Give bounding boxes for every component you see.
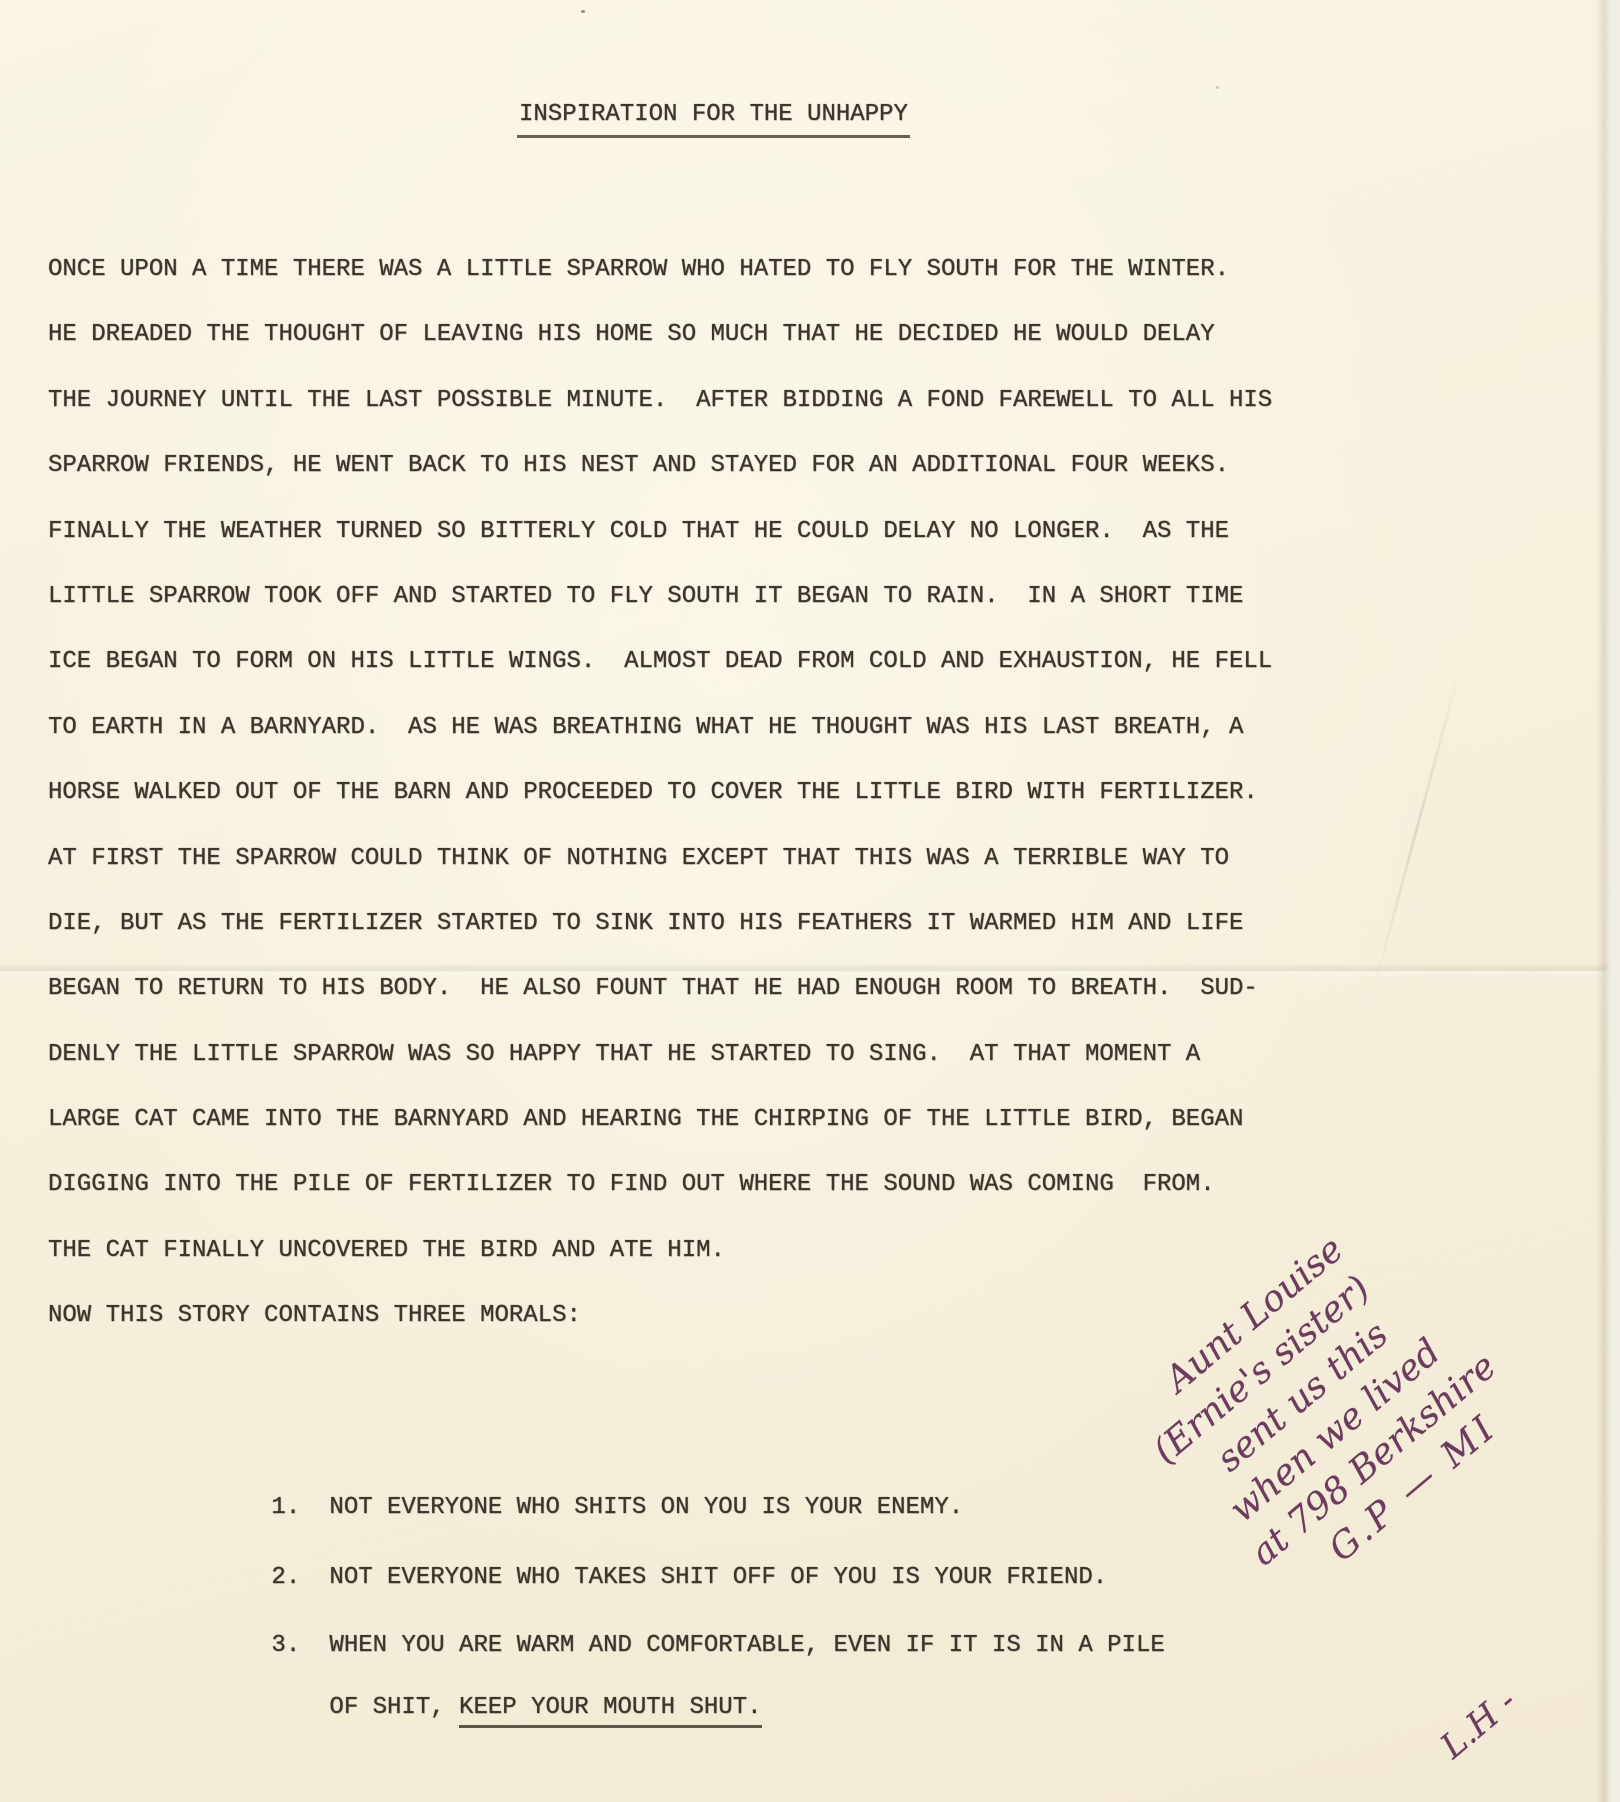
story-line: DIGGING INTO THE PILE OF FERTILIZER TO F… xyxy=(48,1152,1328,1217)
document-title: INSPIRATION FOR THE UNHAPPY xyxy=(517,101,910,138)
story-line: ICE BEGAN TO FORM ON HIS LITTLE WINGS. A… xyxy=(48,629,1328,694)
story-line: TO EARTH IN A BARNYARD. AS HE WAS BREATH… xyxy=(48,695,1328,760)
story-line: THE JOURNEY UNTIL THE LAST POSSIBLE MINU… xyxy=(48,368,1328,433)
story-line: DIE, BUT AS THE FERTILIZER STARTED TO SI… xyxy=(48,891,1328,956)
story-line: LITTLE SPARROW TOOK OFF AND STARTED TO F… xyxy=(48,564,1328,629)
paper-edge xyxy=(1596,0,1620,1802)
story-text: ONCE UPON A TIME THERE WAS A LITTLE SPAR… xyxy=(48,237,1328,1349)
story-line: FINALLY THE WEATHER TURNED SO BITTERLY C… xyxy=(48,499,1328,564)
story-line: DENLY THE LITTLE SPARROW WAS SO HAPPY TH… xyxy=(48,1022,1328,1087)
story-line: BEGAN TO RETURN TO HIS BODY. HE ALSO FOU… xyxy=(48,956,1328,1021)
story-line: LARGE CAT CAME INTO THE BARNYARD AND HEA… xyxy=(48,1087,1328,1152)
story-line: AT FIRST THE SPARROW COULD THINK OF NOTH… xyxy=(48,826,1328,891)
paper-crease-diagonal xyxy=(1371,665,1462,994)
story-line: ONCE UPON A TIME THERE WAS A LITTLE SPAR… xyxy=(48,237,1328,302)
story-line: SPARROW FRIENDS, HE WENT BACK TO HIS NES… xyxy=(48,433,1328,498)
handwritten-initials: L.H - xyxy=(1433,1681,1524,1766)
story-line: NOW THIS STORY CONTAINS THREE MORALS: xyxy=(48,1283,1328,1348)
story-line: HE DREADED THE THOUGHT OF LEAVING HIS HO… xyxy=(48,302,1328,367)
moral-text: NOT EVERYONE WHO SHITS ON YOU IS YOUR EN… xyxy=(329,1494,963,1521)
moral-number: 3. xyxy=(271,1631,329,1661)
moral-text: WHEN YOU ARE WARM AND COMFORTABLE, EVEN … xyxy=(329,1632,1164,1659)
moral-text: NOT EVERYONE WHO TAKES SHIT OFF OF YOU I… xyxy=(329,1564,1107,1591)
scan-speck xyxy=(1216,86,1219,89)
moral-number: 2. xyxy=(271,1563,329,1593)
moral-item-3-continuation: OF SHIT, KEEP YOUR MOUTH SHUT. xyxy=(243,1663,762,1753)
story-line: THE CAT FINALLY UNCOVERED THE BIRD AND A… xyxy=(48,1218,1328,1283)
moral-text-underlined: KEEP YOUR MOUTH SHUT. xyxy=(459,1694,761,1728)
story-line: HORSE WALKED OUT OF THE BARN AND PROCEED… xyxy=(48,760,1328,825)
moral-text: OF SHIT, xyxy=(329,1694,459,1721)
scanned-letter-page: INSPIRATION FOR THE UNHAPPY ONCE UPON A … xyxy=(0,0,1620,1802)
scan-speck xyxy=(581,10,585,13)
moral-number: 1. xyxy=(271,1493,329,1523)
